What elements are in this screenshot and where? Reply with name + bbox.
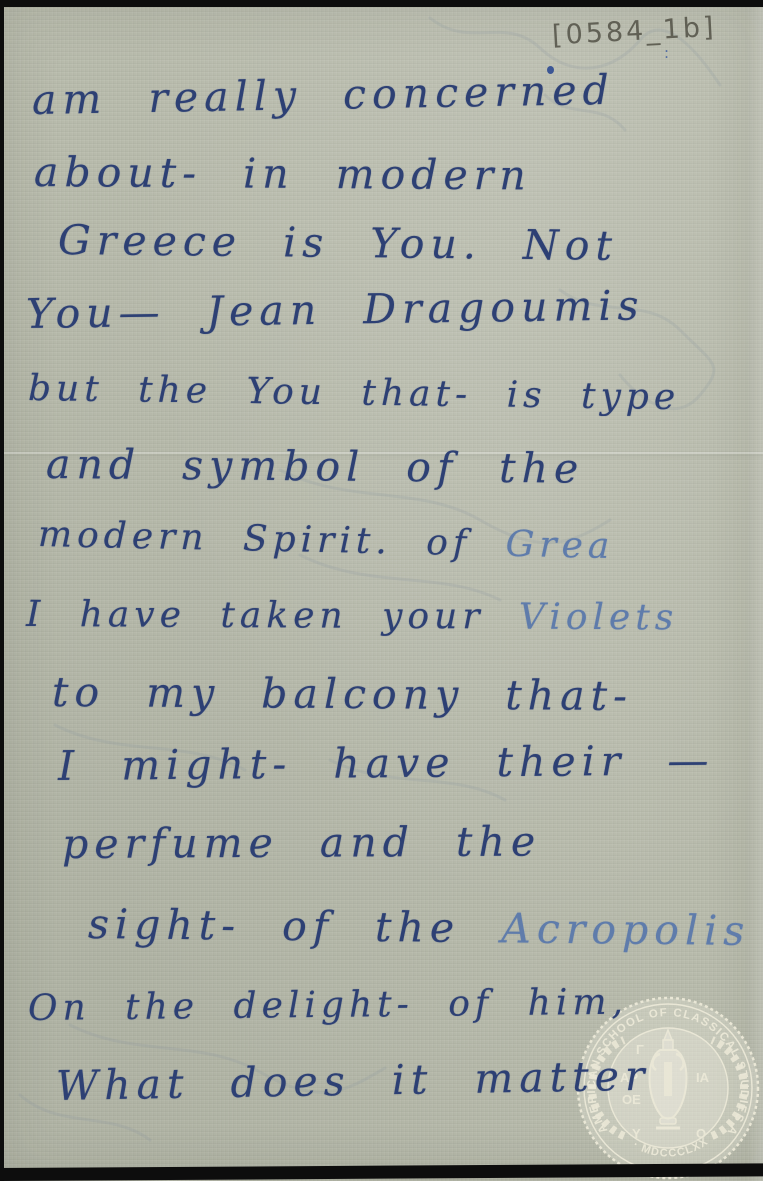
- letter-line-text: You— Jean Dragoumis: [26, 281, 645, 338]
- letter-line: to my balcony that-: [52, 668, 633, 720]
- letter-line: perfume and the: [62, 817, 541, 868]
- letter-line: but the You that- is type: [28, 368, 681, 418]
- stray-ink-mark: :: [664, 44, 669, 62]
- letter-line: I have taken your Violets: [26, 594, 678, 638]
- scan-border-left: [0, 0, 4, 1181]
- letter-line: sight- of the Acropolis: [88, 900, 751, 955]
- letter-line-text: I have taken your: [26, 594, 519, 638]
- letter-line-text: Greece is You. Not: [58, 216, 619, 270]
- svg-text:ΙΑ: ΙΑ: [696, 1070, 710, 1085]
- letter-line: am really concerned: [32, 66, 616, 124]
- letter-line: You— Jean Dragoumis: [26, 281, 645, 338]
- letter-line-text: modern Spirit. of: [38, 514, 507, 565]
- letter-line: What does it matter: [56, 1052, 651, 1110]
- letter-line-text: about- in modern: [34, 148, 532, 199]
- scan-border-top: [0, 0, 763, 7]
- letter-line-text: but the You that- is type: [28, 368, 681, 418]
- letter-line: On the delight- of him,: [28, 982, 628, 1029]
- letter-line: about- in modern: [34, 148, 532, 199]
- svg-text:Ο: Ο: [696, 1126, 706, 1141]
- letter-line-text-light: Grea: [505, 524, 615, 567]
- letter-line: and symbol of the: [46, 440, 585, 493]
- letter-line-text: perfume and the: [62, 817, 541, 868]
- letter-line-text: On the delight- of him,: [28, 982, 628, 1029]
- letter-line-text: I might- have their —: [58, 736, 715, 790]
- letter-page: AMERICAN SCHOOL OF CLASSICAL STUDIES AT …: [0, 0, 763, 1181]
- letter-line-text: am really concerned: [32, 66, 616, 124]
- svg-text:Υ: Υ: [632, 1126, 641, 1141]
- letter-line: Greece is You. Not: [58, 216, 619, 270]
- letter-line: modern Spirit. of Grea: [38, 514, 615, 567]
- letter-line: I might- have their —: [58, 736, 715, 790]
- letter-line-text: sight- of the: [88, 900, 502, 952]
- letter-line-text-light: Acropolis: [501, 904, 751, 955]
- letter-line-text-light: Violets: [519, 597, 679, 639]
- letter-line-text: What does it matter: [56, 1052, 651, 1110]
- stray-ink-dot: [547, 66, 554, 74]
- letter-line-text: and symbol of the: [46, 440, 585, 493]
- letter-line-text: to my balcony that-: [52, 668, 633, 720]
- catalog-number: [0584_1b]: [551, 12, 717, 52]
